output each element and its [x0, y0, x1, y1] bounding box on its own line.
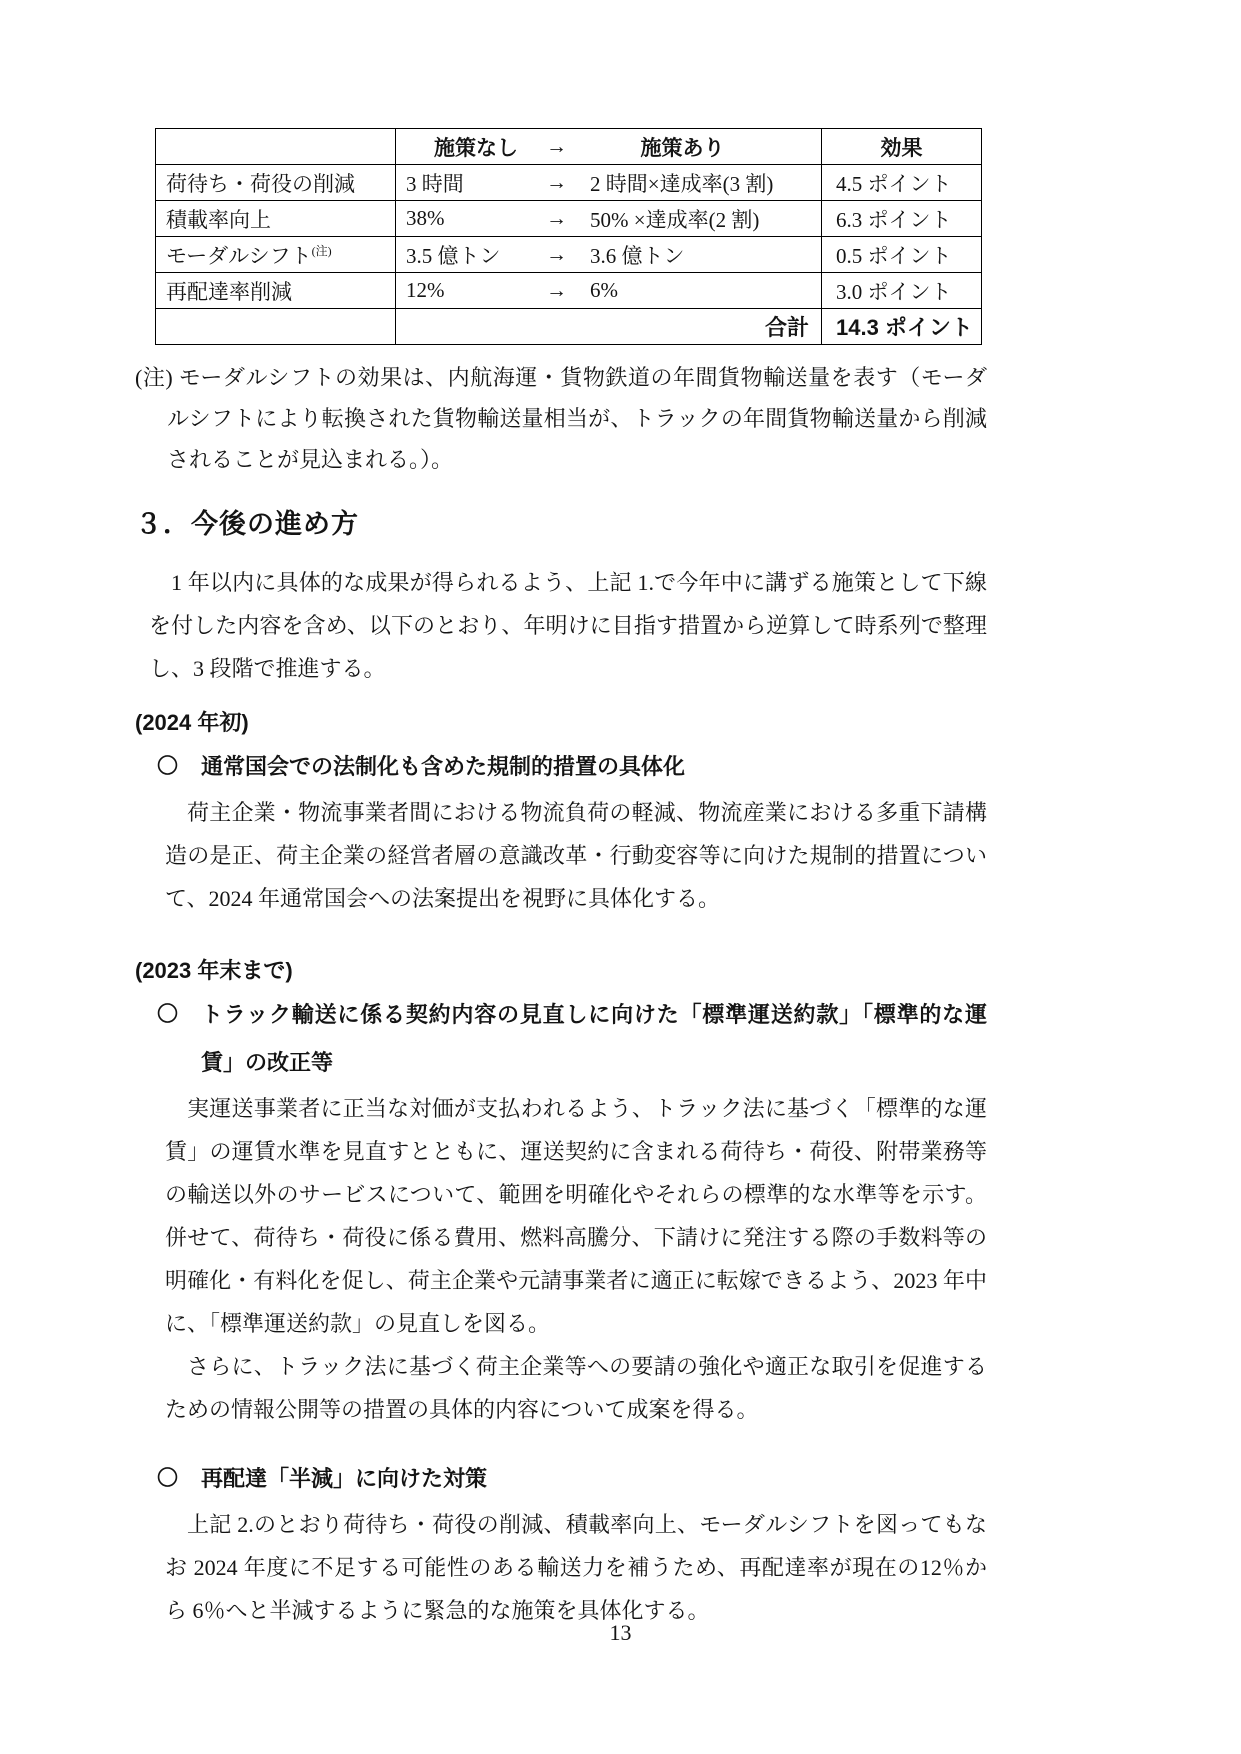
page-number: 13 — [0, 1620, 1241, 1646]
value-after: 50% ×達成率(2 割) — [590, 204, 821, 234]
total-empty-cell — [156, 309, 396, 345]
row-label: モーダルシフト(注) — [156, 237, 396, 273]
phase-label-2024: (2024 年初) — [135, 706, 987, 737]
total-value: 14.3 ポイント — [822, 309, 982, 345]
value-after: 2 時間×達成率(3 割) — [590, 168, 821, 198]
value-before: 3 時間 — [406, 168, 546, 198]
table-row: 積載率向上 38% → 50% ×達成率(2 割) 6.3 ポイント — [156, 201, 982, 237]
table-footnote: (注) モーダルシフトの効果は、内航海運・貨物鉄道の年間貨物輸送量を表す（モーダ… — [135, 357, 987, 480]
row-effect: 3.0 ポイント — [822, 273, 982, 309]
spacer — [135, 920, 987, 938]
policy-item-heading: 〇 通常国会での法制化も含めた規制的措置の具体化 — [135, 743, 987, 791]
row-label: 荷待ち・荷役の削減 — [156, 165, 396, 201]
value-before: 3.5 億トン — [406, 240, 546, 270]
phase-label-2023: (2023 年末まで) — [135, 954, 987, 985]
policy-item-title: 通常国会での法制化も含めた規制的措置の具体化 — [201, 743, 987, 791]
arrow-right-icon: → — [546, 278, 590, 303]
value-after: 6% — [590, 278, 821, 303]
row-values: 38% → 50% ×達成率(2 割) — [396, 204, 821, 234]
policy-item-body: さらに、トラック法に基づく荷主企業等への要請の強化や適正な取引を促進するための情… — [165, 1345, 987, 1431]
value-after: 3.6 億トン — [590, 240, 821, 270]
circle-bullet-icon: 〇 — [135, 743, 201, 791]
policy-item: 〇 再配達「半減」に向けた対策 上記 2.のとおり荷待ち・荷役の削減、積載率向上… — [135, 1455, 987, 1632]
page-content: 施策なし → 施策あり 効果 荷待ち・荷役の削減 3 時間 → 2 時間×達成率… — [135, 128, 987, 1632]
circle-bullet-icon: 〇 — [135, 1455, 201, 1503]
spacer — [135, 1431, 987, 1449]
value-before: 38% — [406, 206, 546, 231]
row-label: 再配達率削減 — [156, 273, 396, 309]
header-policy-none: 施策なし — [406, 132, 546, 162]
policy-item-body: 上記 2.のとおり荷待ち・荷役の削減、積載率向上、モーダルシフトを図ってもなお … — [165, 1503, 987, 1632]
row-values: 12% → 6% — [396, 278, 821, 303]
row-effect: 6.3 ポイント — [822, 201, 982, 237]
arrow-right-icon: → — [546, 206, 590, 231]
header-policy-cell: 施策なし → 施策あり — [396, 132, 821, 162]
table-row: モーダルシフト(注) 3.5 億トン → 3.6 億トン 0.5 ポイント — [156, 237, 982, 273]
header-empty-cell — [156, 129, 396, 165]
table-header-row: 施策なし → 施策あり 効果 — [156, 129, 982, 165]
row-values: 3 時間 → 2 時間×達成率(3 割) — [396, 168, 821, 198]
table-total-row: 合計 14.3 ポイント — [156, 309, 982, 345]
section-title: ３．今後の進め方 — [135, 502, 987, 541]
policy-item-body: 実運送事業者に正当な対価が支払われるよう、トラック法に基づく「標準的な運賃」の運… — [165, 1087, 987, 1345]
header-effect: 効果 — [822, 129, 982, 165]
table-row: 再配達率削減 12% → 6% 3.0 ポイント — [156, 273, 982, 309]
policy-item: 〇 通常国会での法制化も含めた規制的措置の具体化 荷主企業・物流事業者間における… — [135, 743, 987, 920]
arrow-right-icon: → — [546, 242, 590, 267]
policy-item-heading: 〇 再配達「半減」に向けた対策 — [135, 1455, 987, 1503]
table-row: 荷待ち・荷役の削減 3 時間 → 2 時間×達成率(3 割) 4.5 ポイント — [156, 165, 982, 201]
policy-item-title: トラック輸送に係る契約内容の見直しに向けた「標準運送約款」「標準的な運賃」の改正… — [201, 991, 987, 1087]
row-effect: 4.5 ポイント — [822, 165, 982, 201]
arrow-right-icon: → — [546, 170, 590, 195]
arrow-right-icon: → — [546, 135, 590, 159]
circle-bullet-icon: 〇 — [135, 991, 201, 1087]
row-values: 3.5 億トン → 3.6 億トン — [396, 240, 821, 270]
policy-item-body: 荷主企業・物流事業者間における物流負荷の軽減、物流産業における多重下請構造の是正… — [165, 791, 987, 920]
row-label: 積載率向上 — [156, 201, 396, 237]
policy-item-heading: 〇 トラック輸送に係る契約内容の見直しに向けた「標準運送約款」「標準的な運賃」の… — [135, 991, 987, 1087]
policy-item: 〇 トラック輸送に係る契約内容の見直しに向けた「標準運送約款」「標準的な運賃」の… — [135, 991, 987, 1431]
effects-table: 施策なし → 施策あり 効果 荷待ち・荷役の削減 3 時間 → 2 時間×達成率… — [155, 128, 982, 345]
document-page: { "table": { "header": { "policy_none": … — [0, 0, 1241, 1754]
intro-paragraph: 1 年以内に具体的な成果が得られるよう、上記 1.で今年中に講ずる施策として下線… — [149, 561, 987, 690]
note-reference: (注) — [312, 244, 332, 258]
row-effect: 0.5 ポイント — [822, 237, 982, 273]
policy-item-title: 再配達「半減」に向けた対策 — [201, 1455, 987, 1503]
total-label: 合計 — [396, 309, 822, 345]
header-policy-with: 施策あり — [590, 132, 821, 162]
value-before: 12% — [406, 278, 546, 303]
